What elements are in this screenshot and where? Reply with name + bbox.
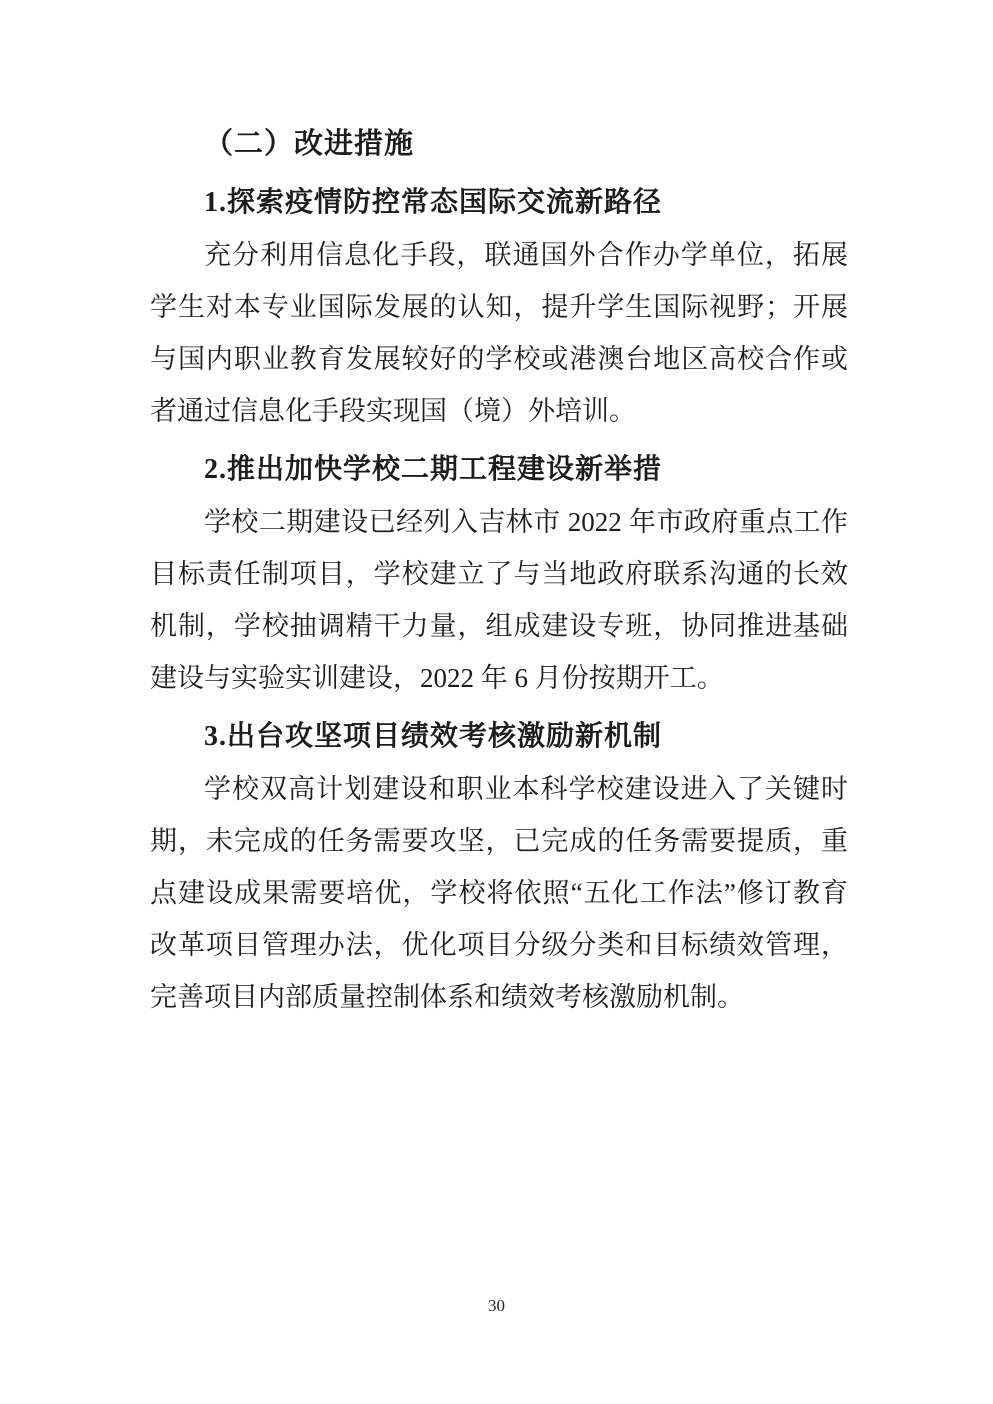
subsection-3-body: 学校双高计划建设和职业本科学校建设进入了关键时期，未完成的任务需要攻坚，已完成的… <box>150 763 848 1023</box>
subsection-2-heading: 2.推出加快学校二期工程建设新举措 <box>150 444 848 496</box>
document-content: （二）改进措施 1.探索疫情防控常态国际交流新路径 充分利用信息化手段，联通国外… <box>150 118 848 1023</box>
page-number: 30 <box>0 1294 993 1318</box>
subsection-2-body: 学校二期建设已经列入吉林市 2022 年市政府重点工作目标责任制项目，学校建立了… <box>150 496 848 704</box>
subsection-3-heading: 3.出台攻坚项目绩效考核激励新机制 <box>150 711 848 763</box>
subsection-1-body: 充分利用信息化手段，联通国外合作办学单位，拓展学生对本专业国际发展的认知，提升学… <box>150 229 848 437</box>
section-heading: （二）改进措施 <box>150 118 848 170</box>
document-page: （二）改进措施 1.探索疫情防控常态国际交流新路径 充分利用信息化手段，联通国外… <box>0 0 993 1404</box>
subsection-1-heading: 1.探索疫情防控常态国际交流新路径 <box>150 177 848 229</box>
